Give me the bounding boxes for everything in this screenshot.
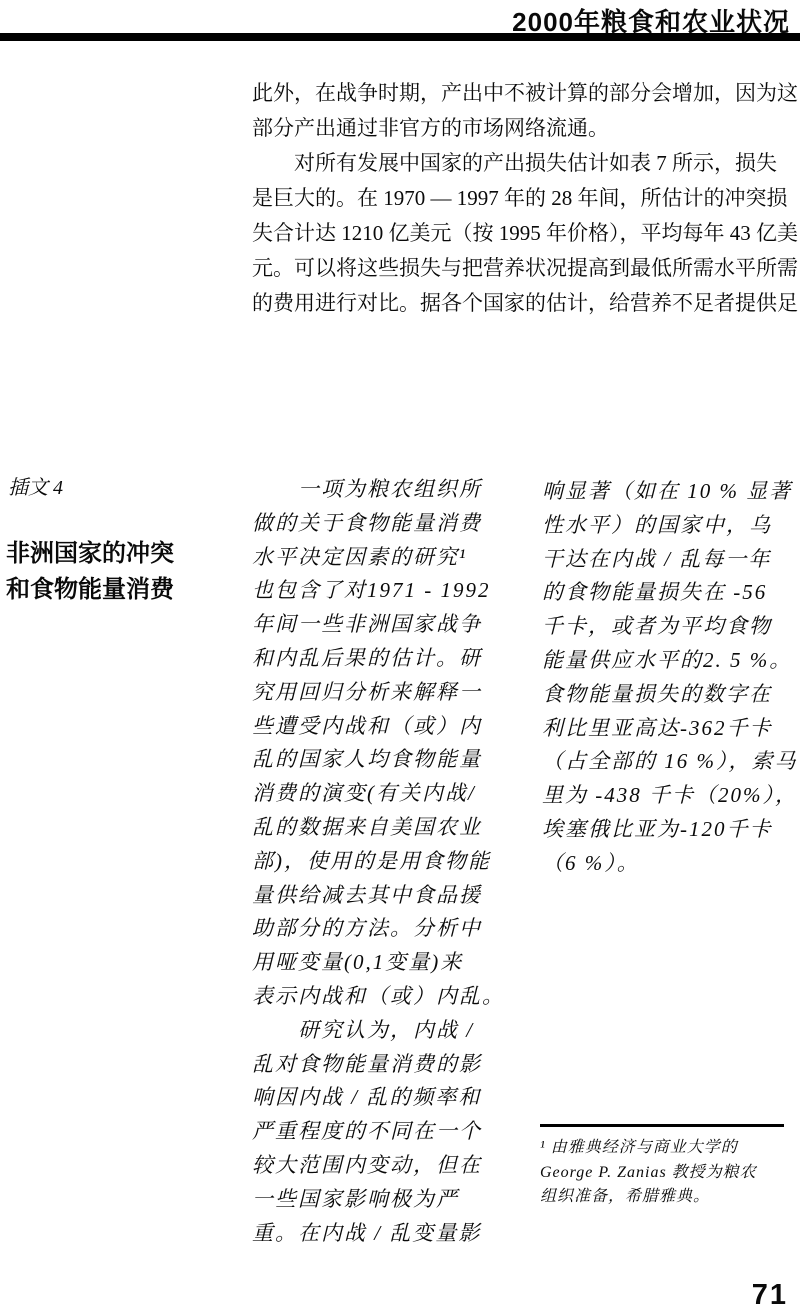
text-line: 食物能量损失的数字在 bbox=[542, 678, 794, 712]
text-line: 究用回归分析来解释一 bbox=[252, 676, 524, 710]
text-line: 对所有发展中国家的产出损失估计如表 7 所示，损失 bbox=[252, 146, 797, 181]
box-title: 非洲国家的冲突和食物能量消费 bbox=[6, 536, 174, 608]
text-line: 响因内战 / 乱的频率和 bbox=[252, 1081, 524, 1115]
text-line: 量供给减去其中食品援 bbox=[252, 879, 524, 913]
text-line: 失合计达 1210 亿美元（按 1995 年价格），平均每年 43 亿美 bbox=[252, 216, 797, 251]
text-line: 能量供应水平的2. 5 %。 bbox=[542, 644, 794, 678]
text-line: 乱的数据来自美国农业 bbox=[252, 811, 524, 845]
text-line: 一些国家影响极为严 bbox=[252, 1183, 524, 1217]
text-line: 元。可以将这些损失与把营养状况提高到最低所需水平所需 bbox=[252, 251, 797, 286]
page-number: 71 bbox=[752, 1279, 788, 1312]
text-line: 年间一些非洲国家战争 bbox=[252, 608, 524, 642]
text-line: 水平决定因素的研究¹ bbox=[252, 541, 524, 575]
text-line: 干达在内战 / 乱每一年 bbox=[542, 543, 794, 577]
text-line: 是巨大的。在 1970 — 1997 年的 28 年间，所估计的冲突损 bbox=[252, 181, 797, 216]
document-page: 2000年粮食和农业状况 此外，在战争时期，产出中不被计算的部分会增加，因为这部… bbox=[0, 0, 800, 1315]
text-line: 研究认为，内战 / bbox=[252, 1014, 524, 1048]
text-line: 此外，在战争时期，产出中不被计算的部分会增加，因为这 bbox=[252, 76, 797, 111]
header-rule bbox=[0, 33, 800, 41]
text-line: 用哑变量(0,1变量)来 bbox=[252, 946, 524, 980]
text-line: 乱的国家人均食物能量 bbox=[252, 743, 524, 777]
text-line: ¹ 由雅典经济与商业大学的 bbox=[540, 1136, 786, 1161]
box-column-1: 一项为粮农组织所做的关于食物能量消费水平决定因素的研究¹也包含了对1971 - … bbox=[252, 473, 524, 1250]
text-line: George P. Zanias 教授为粮农 bbox=[540, 1161, 786, 1186]
text-line: 埃塞俄比亚为-120千卡 bbox=[542, 813, 794, 847]
text-line: 做的关于食物能量消费 bbox=[252, 507, 524, 541]
text-line: 千卡，或者为平均食物 bbox=[542, 610, 794, 644]
text-line: 性水平）的国家中，乌 bbox=[542, 509, 794, 543]
text-line: （占全部的 16 %），索马 bbox=[542, 745, 794, 779]
text-line: 重。在内战 / 乱变量影 bbox=[252, 1217, 524, 1251]
text-line: 表示内战和（或）内乱。 bbox=[252, 980, 524, 1014]
text-line: 严重程度的不同在一个 bbox=[252, 1115, 524, 1149]
text-line: 也包含了对1971 - 1992 bbox=[252, 574, 524, 608]
box-column-2: 响显著（如在 10 % 显著性水平）的国家中，乌干达在内战 / 乱每一年的食物能… bbox=[542, 475, 794, 881]
text-line: 的食物能量损失在 -56 bbox=[542, 576, 794, 610]
text-line: 较大范围内变动，但在 bbox=[252, 1149, 524, 1183]
text-line: 些遭受内战和（或）内 bbox=[252, 710, 524, 744]
text-line: 助部分的方法。分析中 bbox=[252, 912, 524, 946]
footnote-text: ¹ 由雅典经济与商业大学的George P. Zanias 教授为粮农组织准备，… bbox=[540, 1136, 786, 1210]
text-line: 利比里亚高达-362千卡 bbox=[542, 712, 794, 746]
text-line: 消费的演变(有关内战/ bbox=[252, 777, 524, 811]
text-line: 一项为粮农组织所 bbox=[252, 473, 524, 507]
text-line: 里为 -438 千卡（20%）， bbox=[542, 779, 794, 813]
text-line: 组织准备，希腊雅典。 bbox=[540, 1185, 786, 1210]
text-line: 的费用进行对比。据各个国家的估计，给营养不足者提供足 bbox=[252, 286, 797, 321]
text-line: 和食物能量消费 bbox=[6, 572, 174, 608]
text-line: 部分产出通过非官方的市场网络流通。 bbox=[252, 111, 797, 146]
text-line: 非洲国家的冲突 bbox=[6, 536, 174, 572]
text-line: 响显著（如在 10 % 显著 bbox=[542, 475, 794, 509]
footnote-rule bbox=[540, 1124, 784, 1127]
footnote: ¹ 由雅典经济与商业大学的George P. Zanias 教授为粮农组织准备，… bbox=[540, 1124, 786, 1210]
intro-paragraphs: 此外，在战争时期，产出中不被计算的部分会增加，因为这部分产出通过非官方的市场网络… bbox=[252, 76, 797, 321]
text-line: 和内乱后果的估计。研 bbox=[252, 642, 524, 676]
text-line: 乱对食物能量消费的影 bbox=[252, 1048, 524, 1082]
text-line: 部)，使用的是用食物能 bbox=[252, 845, 524, 879]
text-line: （6 %）。 bbox=[542, 847, 794, 881]
box-label: 插文 4 bbox=[8, 471, 63, 500]
